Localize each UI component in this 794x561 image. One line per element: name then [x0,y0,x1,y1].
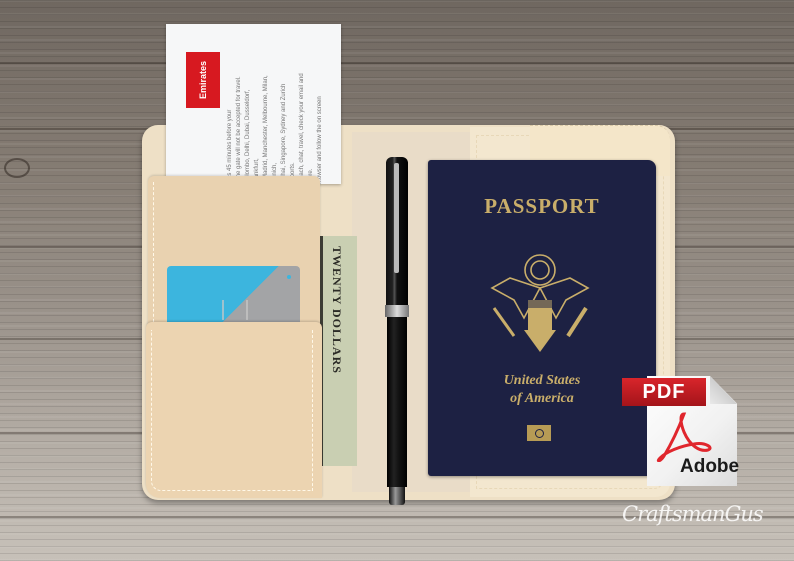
adobe-acrobat-icon [654,412,714,462]
card-line: ...the gate will not be accepted for tra… [235,64,244,184]
card-line: ...olombo, Delhi, Dubai, Dusseldorf, Fra… [244,64,262,184]
adobe-label: Adobe [680,456,739,478]
eagle-seal-icon [484,248,596,358]
keycard-logo-icon [222,300,248,320]
card-line: ...owser and follow the on screen instru… [316,64,326,184]
banknote: TWENTY DOLLARS [320,236,357,466]
pen-clip [394,163,399,273]
emirates-brand: Emirates [198,61,208,99]
wood-knot [4,158,30,178]
keycard-dot [287,275,291,279]
hotel-keycard [167,266,300,326]
card-pocket-lower [146,322,322,498]
pen-end [389,487,405,505]
card-line: ...Madrid, Manchester, Melbourne, Milan,… [262,64,280,184]
card-line: ...each, chat, travel, check your email … [298,64,316,184]
stitching [153,182,154,332]
stitching [151,330,313,491]
us-passport: PASSPORT United States of America [428,160,656,476]
card-line: ...ghai, Singapore, Sydney and Zurich ai… [280,64,298,184]
pdf-badge: PDF [622,378,706,406]
pen-barrel [387,317,407,487]
biometric-chip-icon [527,425,551,441]
boarding-card: Emirates ...ds 45 minutes before your ..… [166,24,341,184]
passport-title: PASSPORT [428,194,656,219]
banknote-text: TWENTY DOLLARS [329,246,344,374]
boarding-card-text: ...ds 45 minutes before your ...the gate… [226,64,326,184]
emirates-logo: Emirates [186,52,220,108]
product-photo: Emirates ...ds 45 minutes before your ..… [0,0,794,561]
watermark-signature: CraftsmanGus [622,502,763,526]
wood-grain-line [0,62,794,64]
card-line: ...ds 45 minutes before your [226,64,235,184]
pen-ring [385,305,409,317]
fountain-pen [384,157,410,505]
